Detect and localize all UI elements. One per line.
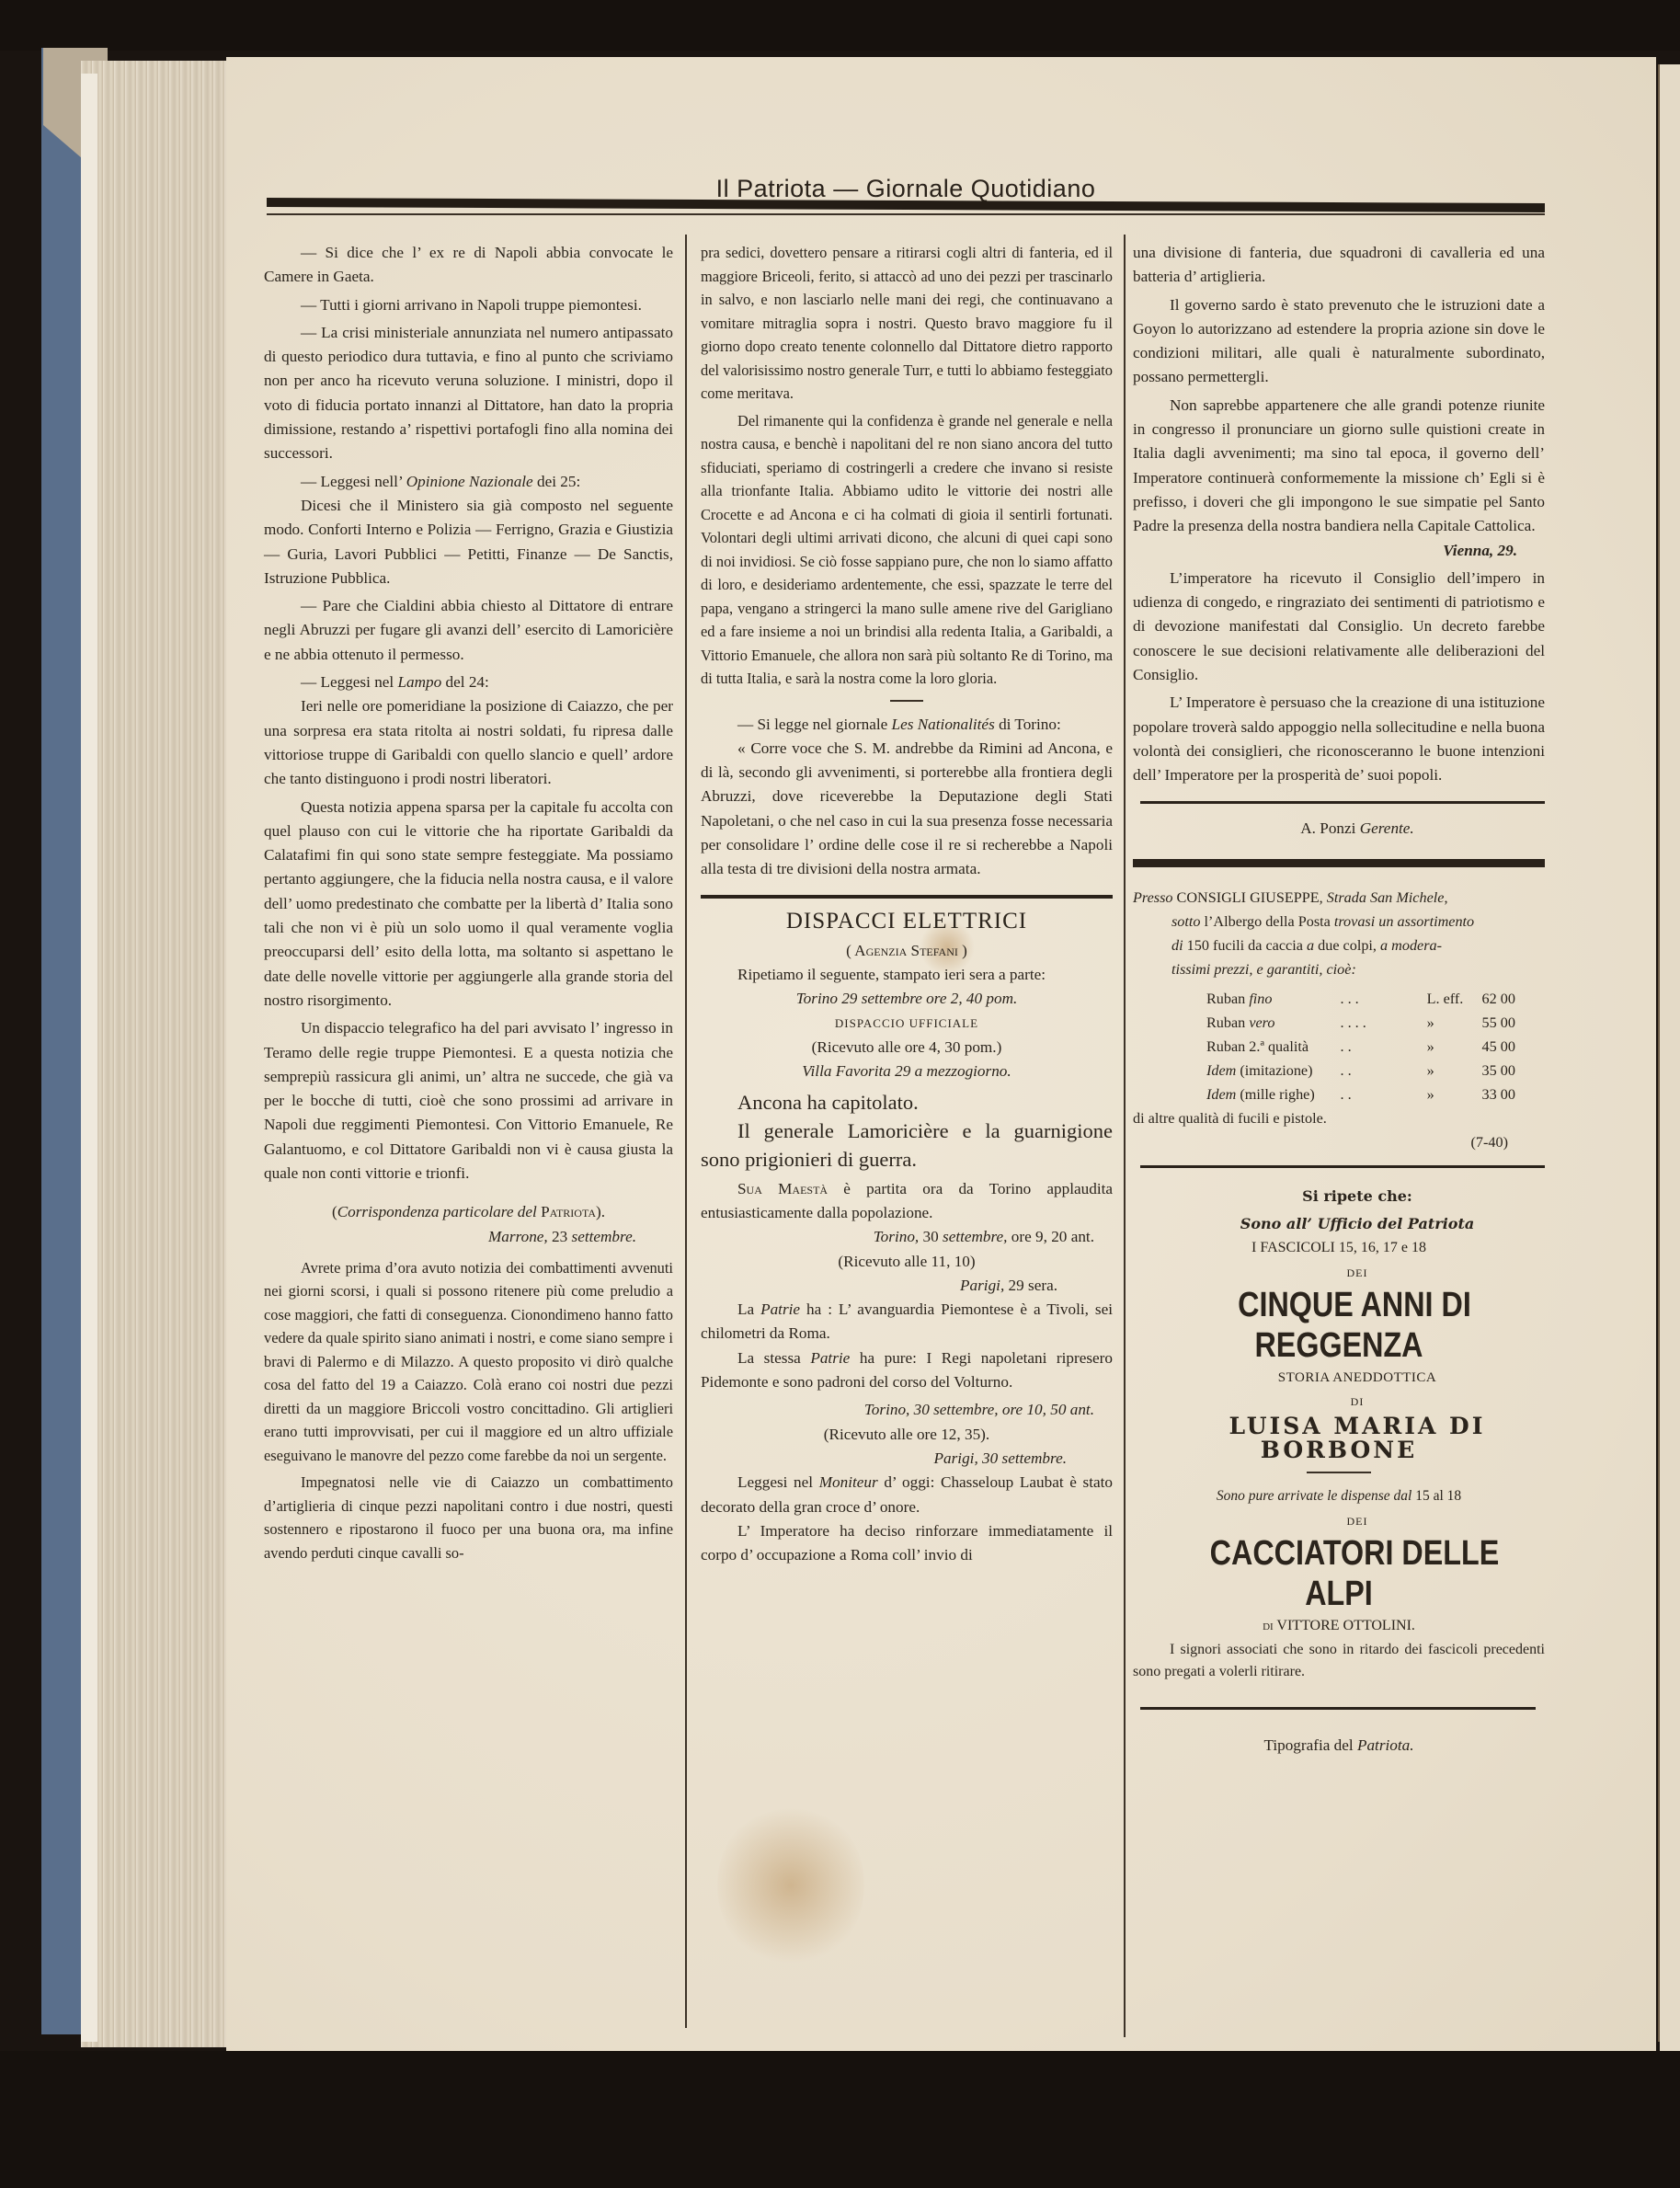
dispatch-label: DISPACCIO UFFICIALE — [701, 1012, 1113, 1036]
dispatch-body: una divisione di fanteria, due squadroni… — [1133, 241, 1545, 290]
price-row: Idem (imitazione) . . » 35 00 — [1133, 1059, 1545, 1083]
correspondence-body: Del rimanente qui la confidenza è grande… — [701, 409, 1113, 691]
news-item: — Pare che Cialdini abbia chiesto al Dit… — [264, 594, 673, 667]
ad-line: sotto l’Albergo della Posta trovasi un a… — [1133, 910, 1545, 934]
news-item: Questa notizia appena sparsa per la capi… — [264, 796, 673, 1014]
column-divider — [685, 235, 687, 2028]
dispatch-received: (Ricevuto alle 11, 10) — [701, 1250, 1113, 1274]
ad-line: Si ripete che: — [1133, 1185, 1545, 1209]
ad-notice: I signori associati che sono in ritardo … — [1133, 1639, 1545, 1683]
ad-line: DEI — [1133, 1261, 1545, 1285]
paper-stain — [717, 1803, 864, 1968]
signature-rule — [1140, 801, 1545, 804]
dispatch-body: Il governo sardo è stato prevenuto che l… — [1133, 293, 1545, 390]
footer-rule — [1140, 1707, 1536, 1710]
dispatch-dateline: Parigi, 30 settembre. — [701, 1447, 1113, 1471]
scan-background-top — [0, 0, 1680, 51]
correspondence-body: pra sedici, dovettero pensare a ritirars… — [701, 241, 1113, 406]
column-1: — Si dice che l’ ex re di Napoli abbia c… — [264, 241, 673, 1564]
ad-line: di altre qualità di fucili e pistole. — [1133, 1106, 1545, 1130]
news-item-source: — Leggesi nel Lampo del 24: — [264, 670, 673, 694]
book-subject: LUISA MARIA DI BORBONE — [1133, 1415, 1545, 1463]
dispatch-intro: Ripetiamo il seguente, stampato ieri ser… — [701, 963, 1113, 987]
price-row: Ruban 2.ª qualità . . » 45 00 — [1133, 1035, 1545, 1059]
news-item: « Corre voce che S. M. andrebbe da Rimin… — [701, 737, 1113, 882]
news-item-source: — Leggesi nell’ Opinione Nazionale dei 2… — [264, 470, 673, 494]
ad-line: Sono all’ Ufficio del Patriota — [1133, 1212, 1545, 1236]
headline-news: Il generale Lamoricière e la guarnigione… — [701, 1117, 1113, 1174]
scan-background-bottom — [0, 2051, 1680, 2188]
dispatch-body: Non saprebbe appartenere che alle grandi… — [1133, 394, 1545, 539]
short-rule — [1307, 1472, 1371, 1473]
ad-line: DEI — [1133, 1509, 1545, 1533]
book-advertisement: Si ripete che: Sono all’ Ufficio del Pat… — [1133, 1185, 1545, 1683]
price-row: Ruban fino . . . L. eff. 62 00 — [1133, 987, 1545, 1011]
advertisement-rule — [1140, 1165, 1545, 1168]
short-rule — [890, 700, 923, 702]
price-row: Idem (mille righe) . . » 33 00 — [1133, 1083, 1545, 1106]
ad-line: tissimi prezzi, e garantiti, cioè: — [1133, 957, 1545, 981]
news-item: Ieri nelle ore pomeridiane la posizione … — [264, 694, 673, 791]
news-item: Un dispaccio telegrafico ha del pari avv… — [264, 1016, 673, 1186]
adjacent-page-edge — [1660, 64, 1680, 2051]
correspondence-body: Impegnatosi nelle vie di Caiazzo un comb… — [264, 1471, 673, 1564]
book-title: CACCIATORI DELLE ALPI — [1164, 1533, 1514, 1614]
dispatch-dateline: Vienna, 29. — [1133, 539, 1545, 563]
column-2: pra sedici, dovettero pensare a ritirars… — [701, 241, 1113, 1567]
ad-line: DI — [1133, 1390, 1545, 1414]
book-title: CINQUE ANNI DI REGGENZA — [1164, 1285, 1514, 1366]
section-title: DISPACCI ELETTRICI — [701, 910, 1113, 934]
ad-line: I FASCICOLI 15, 16, 17 e 18 — [1133, 1236, 1545, 1260]
dispatch-body: Leggesi nel Moniteur d’ oggi: Chasseloup… — [701, 1471, 1113, 1519]
news-item: — Si dice che l’ ex re di Napoli abbia c… — [264, 241, 673, 290]
news-item: — Tutti i giorni arrivano in Napoli trup… — [264, 293, 673, 317]
signature: A. Ponzi Gerente. — [1133, 817, 1545, 841]
column-3: una divisione di fanteria, due squadroni… — [1133, 241, 1545, 1758]
dispatch-dateline: Torino 29 settembre ore 2, 40 pom. — [701, 987, 1113, 1011]
dispatch-dateline: Torino, 30 settembre, ore 9, 20 ant. — [701, 1225, 1113, 1249]
dispatch-received: (Ricevuto alle ore 4, 30 pom.) — [701, 1036, 1113, 1060]
price-row: Ruban vero . . . . » 55 00 — [1133, 1011, 1545, 1035]
ad-line: DI VITTORE OTTOLINI. — [1133, 1614, 1545, 1639]
dispatch-body: La Patrie ha : L’ avanguardia Piemontese… — [701, 1298, 1113, 1346]
correspondence-body: Avrete prima d’ora avuto notizia dei com… — [264, 1256, 673, 1468]
news-item-source: — Si legge nel giornale Les Nationalités… — [701, 713, 1113, 737]
ad-code: (7-40) — [1133, 1130, 1545, 1154]
correspondence-heading: (Corrispondenza particolare del Patriota… — [264, 1200, 673, 1224]
dispatch-body: La stessa Patrie ha pure: I Regi napolet… — [701, 1346, 1113, 1395]
dispatch-body: L’ Imperatore è persuaso che la creazion… — [1133, 691, 1545, 787]
dispatch-body: L’imperatore ha ricevuto il Consiglio de… — [1133, 567, 1545, 687]
dispatch-body: Sua Maestà è partita ora da Torino appla… — [701, 1177, 1113, 1226]
book-page-stack — [81, 61, 228, 2047]
advertisement-rule — [1133, 859, 1545, 867]
dateline: Marrone, 23 settembre. — [264, 1225, 673, 1249]
dispatch-dateline: Torino, 30 settembre, ore 10, 50 ant. — [701, 1398, 1113, 1422]
page-gutter — [1658, 64, 1660, 2042]
ad-line: Sono pure arrivate le dispense dal 15 al… — [1133, 1484, 1545, 1508]
headline-news: Ancona ha capitolato. — [701, 1088, 1113, 1117]
book-page-edge — [81, 74, 97, 2042]
section-rule — [701, 895, 1113, 899]
news-item: Dicesi che il Ministero sia già composto… — [264, 494, 673, 590]
dispatch-dateline: Villa Favorita 29 a mezzogiorno. — [701, 1060, 1113, 1083]
masthead-rule-thin — [267, 213, 1545, 215]
dispatch-body: L’ Imperatore ha deciso rinforzare immed… — [701, 1519, 1113, 1568]
dispatch-dateline: Parigi, 29 sera. — [701, 1274, 1113, 1298]
dispatch-received: (Ricevuto alle ore 12, 35). — [701, 1423, 1113, 1447]
ad-line: STORIA ANEDDOTTICA — [1133, 1366, 1545, 1390]
news-item: — La crisi ministeriale annunziata nel n… — [264, 321, 673, 466]
gun-shop-advertisement: Presso CONSIGLI GIUSEPPE, Strada San Mic… — [1133, 886, 1545, 1154]
ad-line: Presso CONSIGLI GIUSEPPE, Strada San Mic… — [1133, 886, 1545, 910]
agency-name: ( Agenzia Stefani ) — [701, 939, 1113, 963]
column-divider — [1124, 235, 1126, 2037]
ad-line: di 150 fucili da caccia a due colpi, a m… — [1133, 934, 1545, 957]
printer-credit: Tipografia del Patriota. — [1133, 1734, 1545, 1758]
